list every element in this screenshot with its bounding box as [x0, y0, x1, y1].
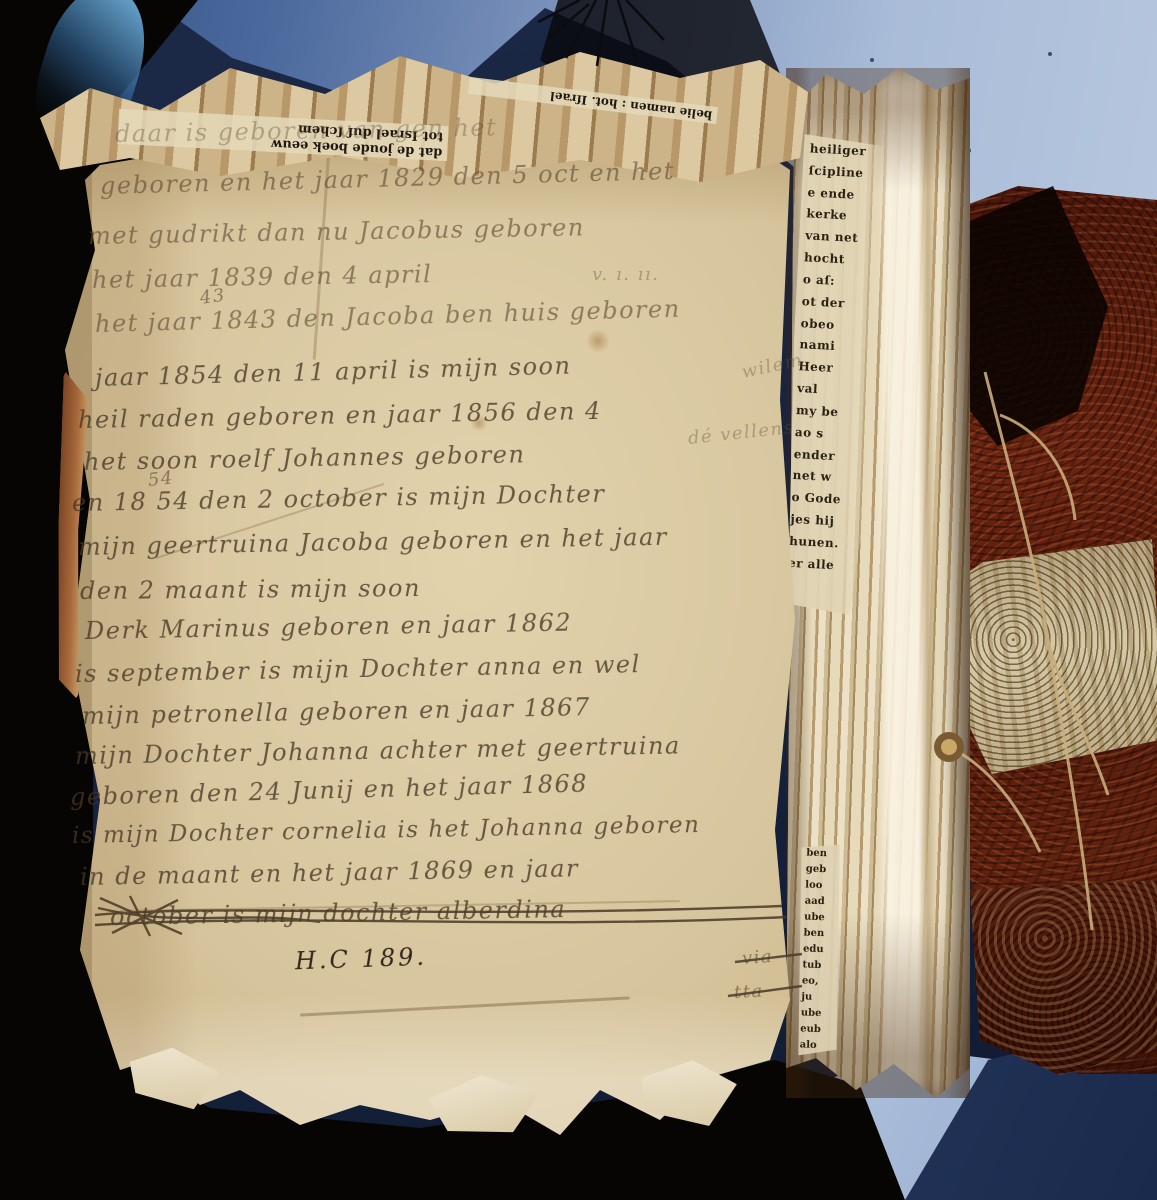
leather-cover-bottom: [970, 880, 1157, 1075]
insert-correction: 43: [199, 284, 228, 308]
handwritten-line: het jaar 1839 den 4 april: [92, 260, 433, 294]
insert-correction: 54: [147, 467, 175, 491]
inventory-mark: H.C 189.: [295, 943, 428, 976]
printed-fragment-column-lower: ben geb loo aad ube ben edu tub eo, ju u…: [794, 843, 843, 1056]
dust-speck: [1048, 52, 1052, 56]
handwritten-line: den 2 maant is mijn soon: [80, 574, 421, 605]
photo-damaged-manuscript-book: heiliger ſcipline e ende kerke van net h…: [0, 0, 1157, 1200]
struck-margin-note: tta: [733, 980, 764, 1003]
struck-margin-note: via: [741, 946, 774, 969]
ink-stain: [585, 330, 611, 352]
margin-marks: v. ı. ıı.: [592, 264, 659, 285]
dust-speck: [870, 58, 874, 62]
